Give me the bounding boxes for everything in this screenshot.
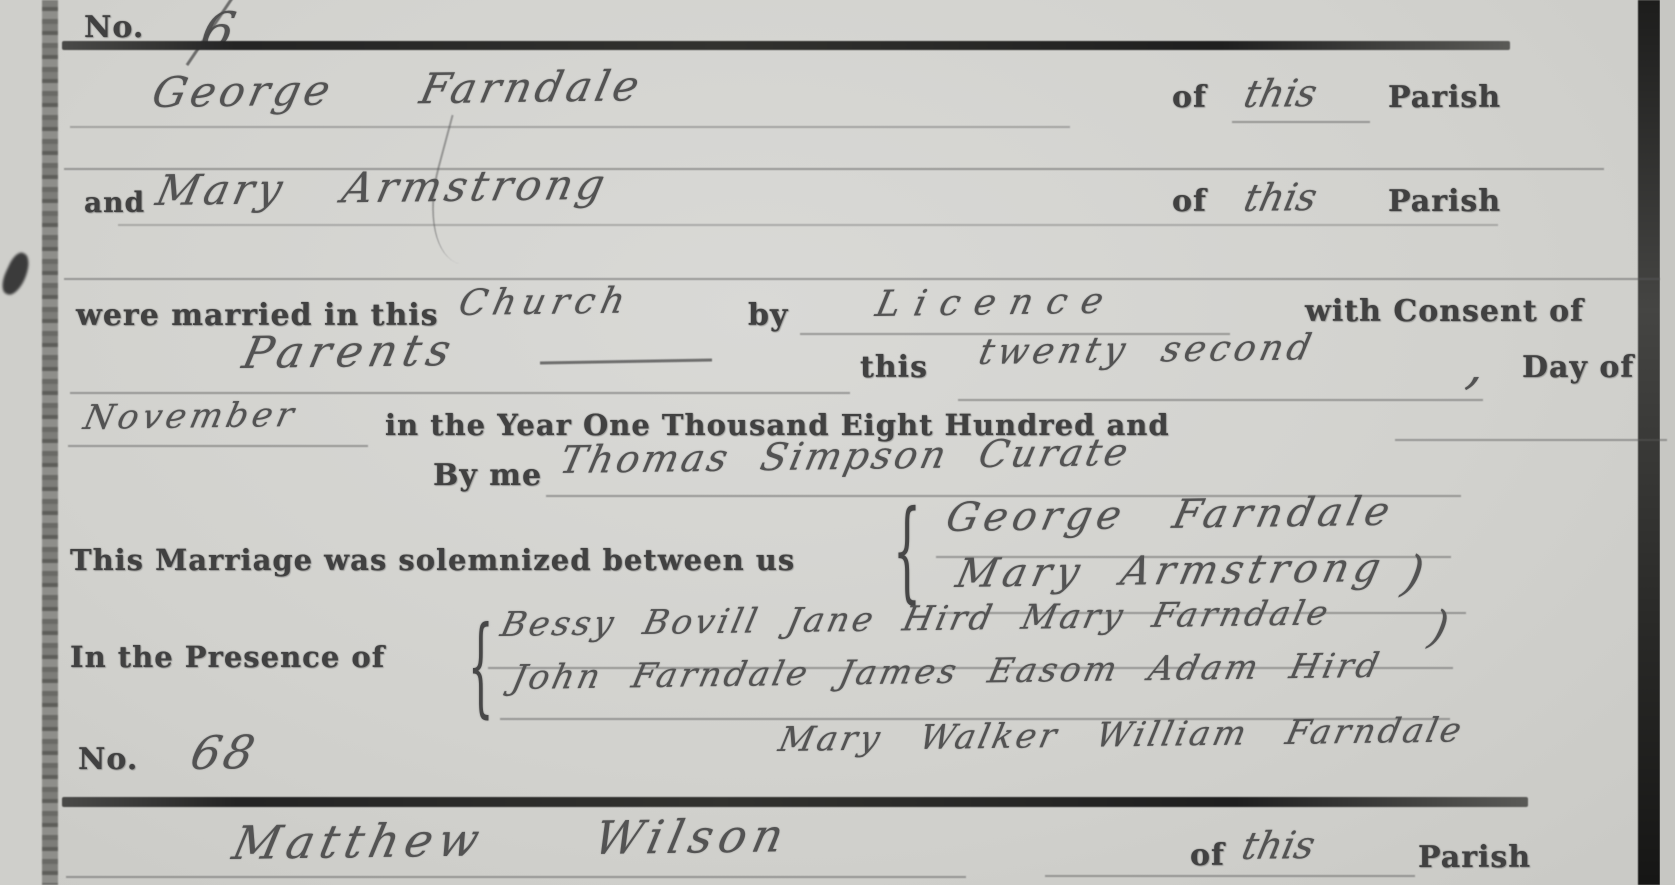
- presence-label: In the Presence of: [70, 640, 385, 674]
- next-entry-name-line: [66, 876, 966, 878]
- bride-parish-value: this: [1240, 175, 1321, 220]
- thick-rule-bottom: [62, 797, 1528, 807]
- groom-signature: George Farndale: [942, 489, 1399, 541]
- consent-line: [70, 392, 850, 394]
- entry-number-top: 6: [196, 2, 240, 60]
- pen-comma: ,: [1462, 336, 1492, 396]
- consent-value: Parents: [238, 325, 461, 379]
- no-label-top: No.: [84, 10, 144, 45]
- bride-signature: Mary Armstrong: [952, 545, 1390, 597]
- day-value: twenty second: [975, 327, 1319, 373]
- and-label: and: [84, 186, 145, 219]
- close-paren: ): [1425, 602, 1453, 653]
- this-label: this: [860, 350, 928, 385]
- groom-parish-value: this: [1240, 71, 1321, 116]
- by-label: by: [748, 298, 788, 333]
- bride-name-line: [118, 224, 1498, 226]
- witnesses-line3: Mary Walker William Farndale: [775, 710, 1468, 760]
- bride-name: Mary Armstrong: [152, 160, 613, 215]
- no-label-bottom: No.: [78, 742, 138, 777]
- next-entry-parish-line: [1045, 875, 1415, 877]
- married-place-value: Church: [455, 281, 635, 324]
- bride-of-label: of: [1172, 184, 1207, 219]
- right-paper-margin: [1660, 0, 1675, 885]
- binding-crease: [42, 0, 58, 885]
- by-me-label: By me: [433, 458, 542, 493]
- month-line: [68, 445, 368, 447]
- year-blank-line: [1395, 439, 1667, 441]
- next-entry-parish-value: this: [1238, 823, 1319, 868]
- next-entry-of-label: of: [1190, 838, 1225, 873]
- witnesses-line1: Bessy Bovill Jane Hird Mary Farndale: [497, 593, 1335, 645]
- next-entry-groom-name: Matthew Wilson: [228, 808, 795, 870]
- witnesses-line2: John Farndale James Easom Adam Hird: [508, 646, 1385, 698]
- next-entry-parish-label: Parish: [1418, 840, 1531, 875]
- day-line: [958, 399, 1483, 401]
- consent-label: with Consent of: [1305, 294, 1584, 329]
- entry-number-bottom: 68: [186, 725, 262, 780]
- officiant-signature: Thomas Simpson Curate: [556, 430, 1135, 482]
- pen-dash: [540, 358, 712, 364]
- groom-parish-line: [1232, 121, 1370, 123]
- open-brace: {: [893, 488, 921, 616]
- groom-parish-label: Parish: [1388, 80, 1501, 115]
- solemnized-label: This Marriage was solemnized between us: [70, 543, 795, 577]
- left-paper-margin: [0, 0, 42, 885]
- month-value: November: [80, 395, 301, 438]
- bride-parish-label: Parish: [1388, 184, 1501, 219]
- groom-name-line: [70, 126, 1070, 128]
- groom-name: George Farndale: [148, 61, 648, 117]
- groom-of-label: of: [1172, 80, 1207, 115]
- right-page-edge-bar: [1638, 0, 1660, 885]
- scanned-marriage-register-page: No. 6 George Farndale of this Parish and…: [0, 0, 1675, 885]
- day-of-label: Day of: [1522, 350, 1634, 385]
- close-paren: ): [1398, 546, 1429, 602]
- ruled-line: [64, 278, 1660, 280]
- thick-rule-top: [62, 41, 1510, 50]
- by-method-value: Licence: [872, 281, 1121, 325]
